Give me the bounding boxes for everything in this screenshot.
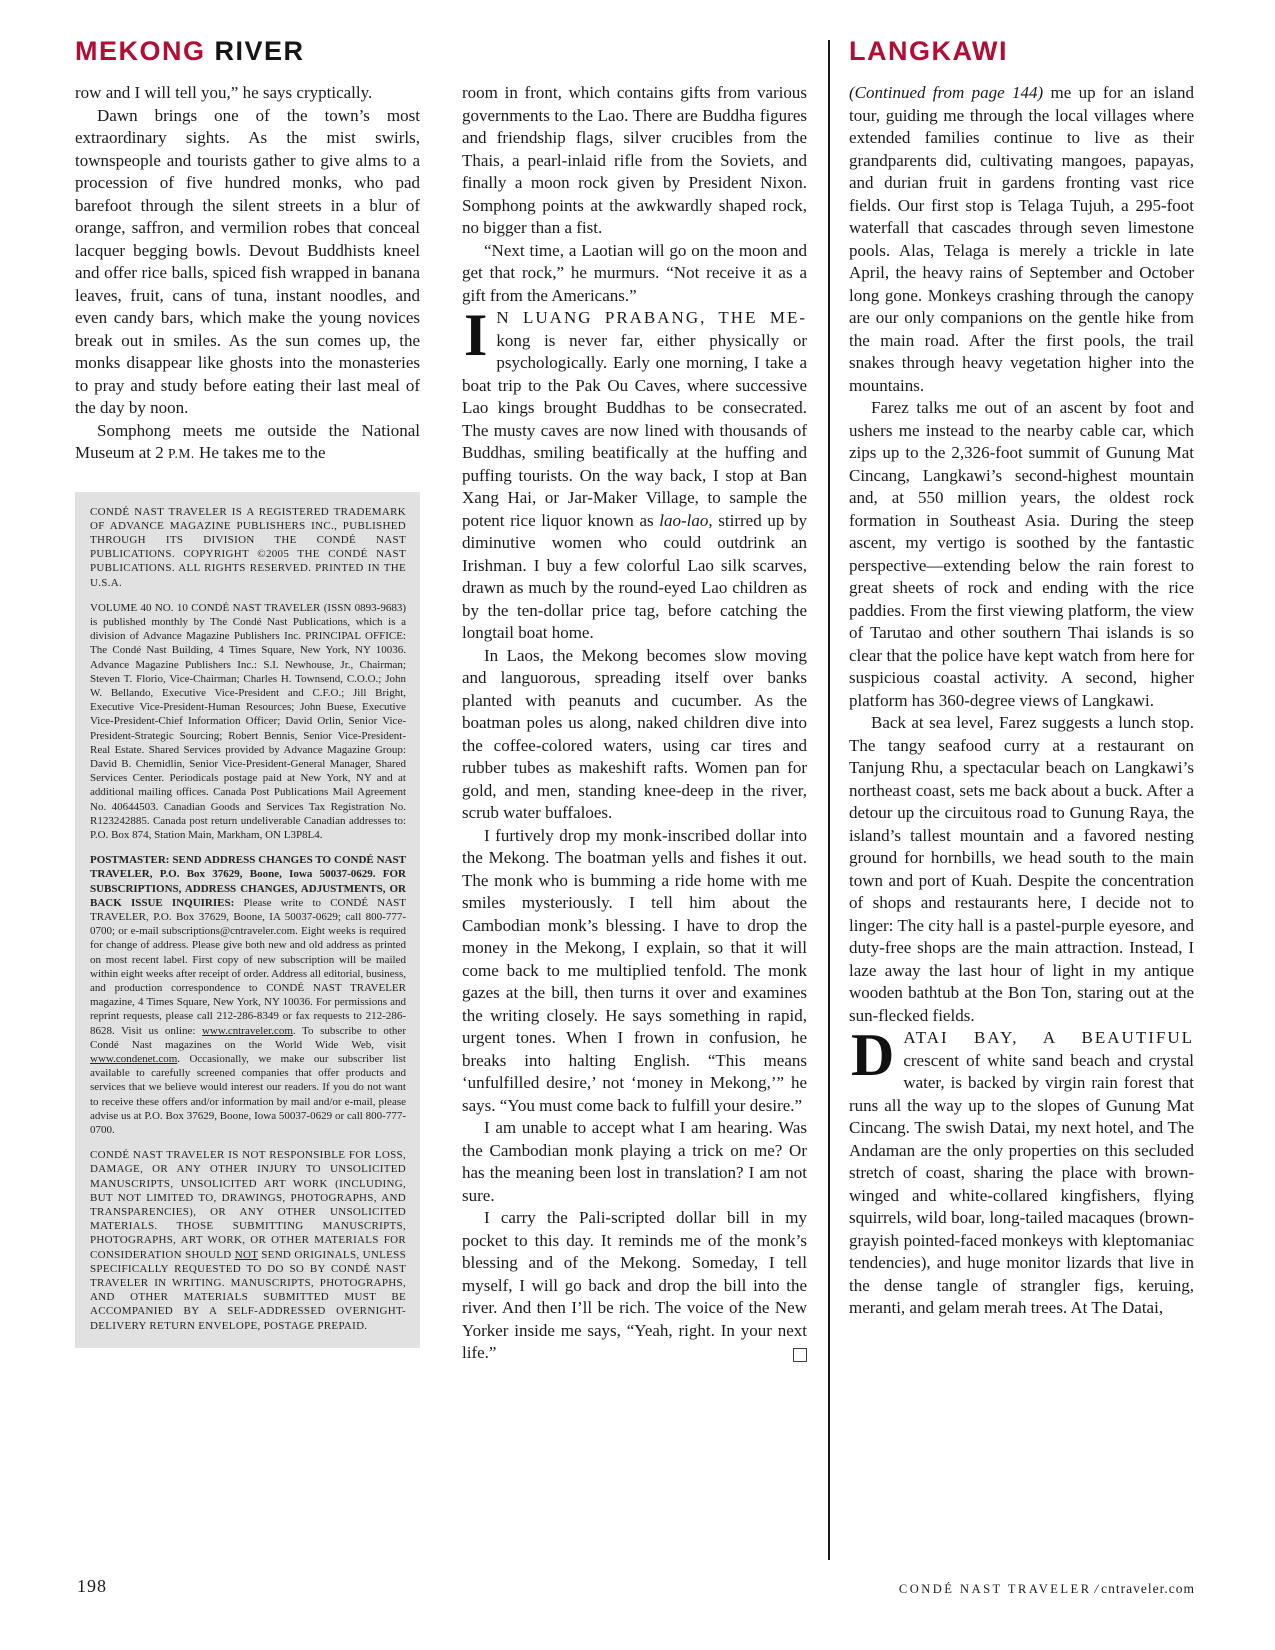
right-column: (Continued from page 144) me up for an i… (849, 82, 1194, 1320)
small-caps-lead: ATAI BAY, A BEAUTIFUL (903, 1028, 1194, 1047)
footer-credit: CONDÉ NAST TRAVELER/cntraveler.com (899, 1580, 1195, 1598)
end-of-article-mark (793, 1348, 807, 1362)
page-header: MEKONG RIVER LANGKAWI (75, 36, 1194, 66)
paragraph-text: crescent of white sand beach and crystal… (849, 1051, 1194, 1318)
italic-term-laolao: lao-lao, (659, 511, 712, 530)
mekong-somphong-paragraph: Somphong meets me outside the National M… (75, 420, 420, 466)
footer-magazine-name: CONDÉ NAST TRAVELER (899, 1582, 1092, 1596)
left-column: row and I will tell you,” he says crypti… (75, 82, 420, 1348)
mekong-title: MEKONG (75, 36, 206, 66)
page-number: 198 (77, 1576, 107, 1597)
paragraph-text: CONDÉ NAST TRAVELER IS NOT RESPONSIBLE F… (90, 1149, 406, 1260)
langkawi-sea-level-paragraph: Back at sea level, Farez suggests a lunc… (849, 712, 1194, 1027)
masthead-postmaster-notice: POSTMASTER: SEND ADDRESS CHANGES TO COND… (90, 853, 406, 1137)
masthead-volume-info: VOLUME 40 NO. 10 CONDÉ NAST TRAVELER (IS… (90, 601, 406, 842)
mekong-river-heading: MEKONG RIVER (75, 36, 807, 66)
paragraph-text: I carry the Pali-scripted dollar bill in… (462, 1208, 807, 1362)
underlined-not: NOT (235, 1249, 258, 1261)
drop-cap-i: I (462, 307, 496, 358)
mekong-dollar-paragraph: I furtively drop my monk-inscribed dolla… (462, 825, 807, 1118)
mekong-continuation-paragraph: row and I will tell you,” he says crypti… (75, 82, 420, 105)
mekong-moonrock-paragraph: “Next time, a Laotian will go on the moo… (462, 240, 807, 308)
footer-website: cntraveler.com (1101, 1581, 1195, 1596)
middle-column: room in front, which contains gifts from… (462, 82, 807, 1365)
paragraph-text: He takes me to the (195, 443, 326, 462)
paragraph-text: kong is never far, either physically or … (462, 331, 807, 530)
masthead-submissions-notice: CONDÉ NAST TRAVELER IS NOT RESPONSIBLE F… (90, 1148, 406, 1333)
mekong-unable-paragraph: I am unable to accept what I am hearing.… (462, 1117, 807, 1207)
masthead-trademark-notice: CONDÉ NAST TRAVELER IS A REGISTERED TRAD… (90, 505, 406, 590)
paragraph-text: Please write to CONDÉ NAST TRAVELER, P.O… (90, 897, 406, 1037)
footer-separator: / (1092, 1581, 1102, 1596)
paragraph-text: stirred up by diminutive women who could… (462, 511, 807, 643)
langkawi-island-tour-paragraph: (Continued from page 144) me up for an i… (849, 82, 1194, 397)
langkawi-cable-car-paragraph: Farez talks me out of an ascent by foot … (849, 397, 1194, 712)
mekong-museum-paragraph: room in front, which contains gifts from… (462, 82, 807, 240)
paragraph-text: SEND ORIGINALS, UNLESS SPECIFICALLY REQU… (90, 1249, 406, 1332)
mekong-dawn-paragraph: Dawn brings one of the town’s most extra… (75, 105, 420, 420)
mekong-in-laos-paragraph: In Laos, the Mekong becomes slow moving … (462, 645, 807, 825)
paragraph-text: . Occasionally, we make our subscriber l… (90, 1053, 406, 1136)
mekong-luang-prabang-paragraph: IN LUANG PRABANG, THE ME-kong is never f… (462, 307, 807, 645)
cntraveler-link[interactable]: www.cntraveler.com (202, 1025, 293, 1037)
magazine-page: MEKONG RIVER LANGKAWI row and I will tel… (0, 0, 1275, 1650)
langkawi-heading: LANGKAWI (849, 36, 1194, 66)
river-title: RIVER (206, 36, 305, 66)
time-small-caps: P.M. (168, 446, 195, 461)
paragraph-text: me up for an island tour, guiding me thr… (849, 83, 1194, 395)
condenet-link[interactable]: www.condenet.com (90, 1053, 177, 1065)
continued-from-notice: (Continued from page 144) (849, 83, 1043, 102)
masthead-box: CONDÉ NAST TRAVELER IS A REGISTERED TRAD… (75, 492, 420, 1348)
langkawi-datai-bay-paragraph: DATAI BAY, A BEAUTIFUL crescent of white… (849, 1027, 1194, 1320)
small-caps-lead: N LUANG PRABANG, THE ME- (496, 308, 807, 327)
mekong-closing-paragraph: I carry the Pali-scripted dollar bill in… (462, 1207, 807, 1365)
drop-cap-d: D (849, 1027, 903, 1078)
article-columns: row and I will tell you,” he says crypti… (75, 82, 1194, 1365)
